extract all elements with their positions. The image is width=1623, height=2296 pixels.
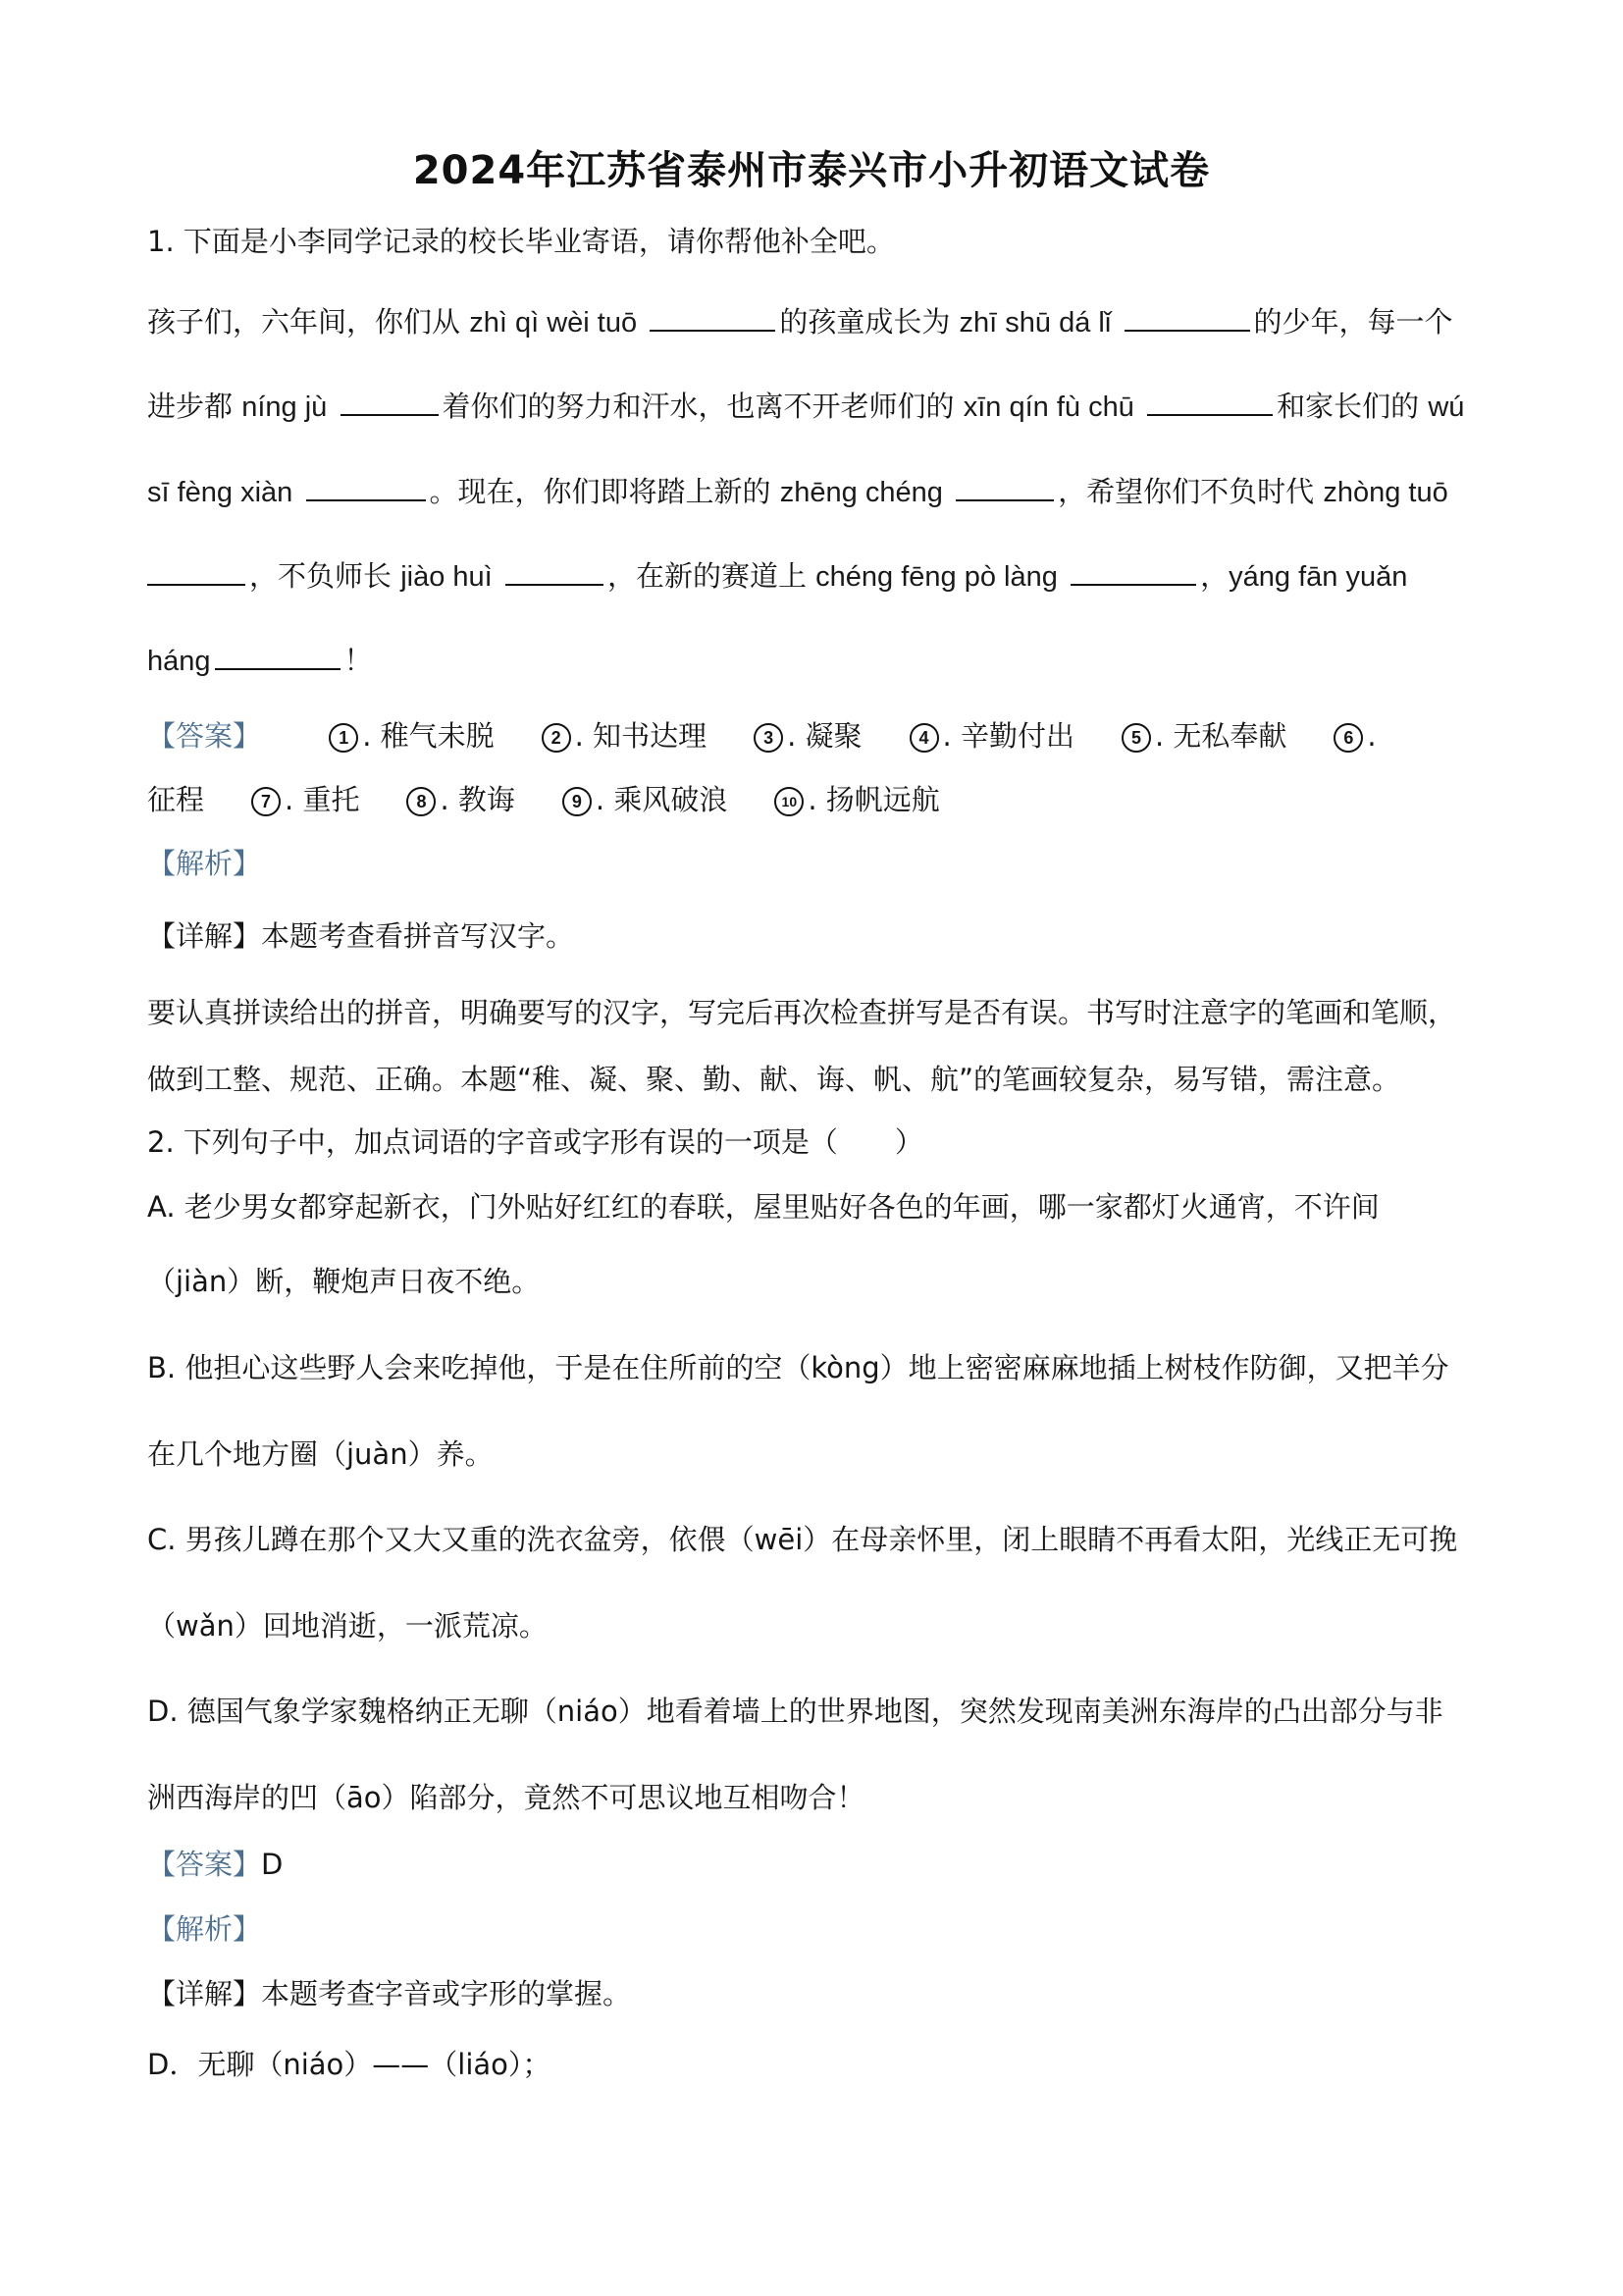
- q2-option-c-line-2: （wǎn）回地消逝，一派荒凉。: [147, 1606, 1482, 1645]
- circled-number-icon: 4: [910, 723, 939, 753]
- answer-text: .: [1367, 719, 1376, 753]
- circled-number-icon: 1: [329, 723, 358, 753]
- pinyin: zhòng tuō: [1323, 477, 1447, 508]
- q2-option-d-line-1: D. 德国气象学家魏格纳正无聊（niáo）地看着墙上的世界地图，突然发现南美洲东…: [147, 1692, 1482, 1731]
- answer-blank-3[interactable]: [340, 387, 439, 416]
- q1-analysis-label: 【解析】: [147, 844, 1482, 883]
- pinyin: jiào huì: [400, 561, 493, 593]
- answer-item-3: 3. 凝聚: [754, 716, 862, 756]
- circled-number-icon: 7: [251, 787, 281, 816]
- answer-text: . 扬帆远航: [808, 783, 939, 816]
- answer-text: 征程: [147, 783, 204, 816]
- circled-number-icon: 8: [406, 787, 436, 816]
- q2-prompt: 2. 下列句子中，加点词语的字音或字形有误的一项是（ ）: [147, 1122, 1482, 1162]
- answer-text: . 无私奉献: [1155, 719, 1286, 753]
- q2-option-a-line-2: （jiàn）断，鞭炮声日夜不绝。: [147, 1262, 1482, 1301]
- answer-item-8: 8. 教诲: [406, 780, 514, 819]
- pinyin: zhēng chéng: [780, 477, 943, 508]
- answer-item-2: 2. 知书达理: [542, 716, 707, 756]
- q2-detail: 【详解】本题考查字音或字形的掌握。: [147, 1974, 1482, 2013]
- text: ！: [344, 644, 373, 677]
- answer-item-1: 1. 稚气未脱: [329, 716, 494, 756]
- text: ，希望你们不负时代: [1058, 475, 1323, 508]
- text: ，: [1200, 559, 1229, 593]
- answer-blank-5[interactable]: [306, 472, 426, 501]
- pinyin: chéng fēng pò làng: [815, 561, 1058, 593]
- answer-text: . 凝聚: [787, 719, 862, 753]
- q2-option-a-line-1: A. 老少男女都穿起新衣，门外贴好红红的春联，屋里贴好各色的年画，哪一家都灯火通…: [147, 1187, 1482, 1226]
- text: 孩子们，六年间，你们从: [147, 305, 469, 339]
- text: 的孩童成长为: [779, 305, 959, 339]
- q1-passage-line-4: ，不负师长 jiào huì ，在新的赛道上 chéng fēng pò làn…: [147, 556, 1482, 597]
- circled-number-icon: 5: [1122, 723, 1151, 753]
- q2-analysis-label: 【解析】: [147, 1909, 1482, 1949]
- circled-number-icon: 2: [542, 723, 571, 753]
- q1-detail: 【详解】本题考查看拼音写汉字。: [147, 916, 1482, 956]
- answer-text: . 稚气未脱: [362, 719, 494, 753]
- pinyin: sī fèng xiàn: [147, 477, 292, 508]
- answer-item-10: 10. 扬帆远航: [774, 780, 939, 819]
- answer-blank-6[interactable]: [956, 472, 1054, 501]
- q2-answer: 【答案】D: [147, 1845, 1482, 1884]
- q1-answers-line-1: 【答案】 1. 稚气未脱2. 知书达理3. 凝聚4. 辛勤付出5. 无私奉献6.: [147, 716, 1482, 756]
- answer-label: 【答案】: [147, 719, 261, 753]
- q2-option-d-line-2: 洲西海岸的凹（āo）陷部分，竟然不可思议地互相吻合！: [147, 1778, 1482, 1817]
- pinyin: xīn qín fù chū: [964, 391, 1134, 423]
- text: ，不负师长: [249, 559, 400, 593]
- pinyin: wú: [1428, 391, 1464, 423]
- q1-explain-2: 做到工整、规范、正确。本题“稚、凝、聚、勤、献、诲、帆、航”的笔画较复杂，易写错…: [147, 1060, 1482, 1099]
- answer-blank-8[interactable]: [505, 556, 603, 586]
- pinyin: zhì qì wèi tuō: [469, 307, 637, 339]
- answer-label: 【答案】: [147, 1848, 261, 1881]
- answer-blank-7[interactable]: [147, 556, 245, 586]
- answer-text: . 重托: [285, 783, 359, 816]
- answer-item-7: 7. 重托: [251, 780, 359, 819]
- pinyin: zhī shū dá lǐ: [960, 307, 1112, 339]
- answer-text: . 知书达理: [575, 719, 707, 753]
- answer-item-9: 9. 乘风破浪: [562, 780, 727, 819]
- q2-fix-line: D．无聊（niáo）——（liáo）；: [147, 2045, 1482, 2084]
- answer-blank-4[interactable]: [1147, 387, 1273, 416]
- answer-item-6-cont: 征程: [147, 780, 204, 819]
- answer-text: . 辛勤付出: [943, 719, 1074, 753]
- q2-option-c-line-1: C. 男孩儿蹲在那个又大又重的洗衣盆旁，依偎（wēi）在母亲怀里，闭上眼睛不再看…: [147, 1520, 1482, 1559]
- text: 着你们的努力和汗水，也离不开老师们的: [443, 390, 964, 423]
- text: 进步都: [147, 390, 241, 423]
- circled-number-icon: 3: [754, 723, 783, 753]
- answer-blank-9[interactable]: [1071, 556, 1196, 586]
- q1-passage-line-1: 孩子们，六年间，你们从 zhì qì wèi tuō 的孩童成长为 zhī sh…: [147, 302, 1482, 342]
- answer-item-4: 4. 辛勤付出: [910, 716, 1074, 756]
- answer-text: . 教诲: [440, 783, 514, 816]
- q1-passage-line-3: sī fèng xiàn 。现在，你们即将踏上新的 zhēng chéng ，希…: [147, 472, 1482, 512]
- pinyin: háng: [147, 646, 211, 677]
- answer-blank-1[interactable]: [650, 302, 775, 332]
- answer-value: D: [261, 1848, 283, 1881]
- text: 的少年，每一个: [1254, 305, 1453, 339]
- circled-number-icon: 10: [774, 787, 804, 816]
- answer-item-5: 5. 无私奉献: [1122, 716, 1286, 756]
- q1-explain-1: 要认真拼读给出的拼音，明确要写的汉字，写完后再次检查拼写是否有误。书写时注意字的…: [147, 993, 1482, 1032]
- text: 和家长们的: [1277, 390, 1428, 423]
- circled-number-icon: 6: [1334, 723, 1363, 753]
- pinyin: níng jù: [241, 391, 327, 423]
- pinyin: yáng fān yuǎn: [1229, 561, 1407, 593]
- text: 。现在，你们即将踏上新的: [430, 475, 780, 508]
- circled-number-icon: 9: [562, 787, 592, 816]
- q1-passage-line-5: háng！: [147, 641, 1482, 681]
- document-title: 2024年江苏省泰州市泰兴市小升初语文试卷: [0, 139, 1623, 195]
- q1-prompt: 1. 下面是小李同学记录的校长毕业寄语，请你帮他补全吧。: [147, 222, 1482, 261]
- answer-blank-2[interactable]: [1125, 302, 1250, 332]
- answer-item-6: 6.: [1334, 716, 1376, 756]
- exam-page: 2024年江苏省泰州市泰兴市小升初语文试卷 1. 下面是小李同学记录的校长毕业寄…: [0, 0, 1623, 2296]
- q2-option-b-line-2: 在几个地方圈（juàn）养。: [147, 1435, 1482, 1474]
- q1-passage-line-2: 进步都 níng jù 着你们的努力和汗水，也离不开老师们的 xīn qín f…: [147, 387, 1482, 427]
- answer-text: . 乘风破浪: [596, 783, 727, 816]
- answer-blank-10[interactable]: [215, 641, 340, 670]
- q1-answers-line-2: 征程7. 重托8. 教诲9. 乘风破浪10. 扬帆远航: [147, 780, 1482, 819]
- text: ，在新的赛道上: [607, 559, 815, 593]
- q2-option-b-line-1: B. 他担心这些野人会来吃掉他，于是在住所前的空（kòng）地上密密麻麻地插上树…: [147, 1348, 1482, 1387]
